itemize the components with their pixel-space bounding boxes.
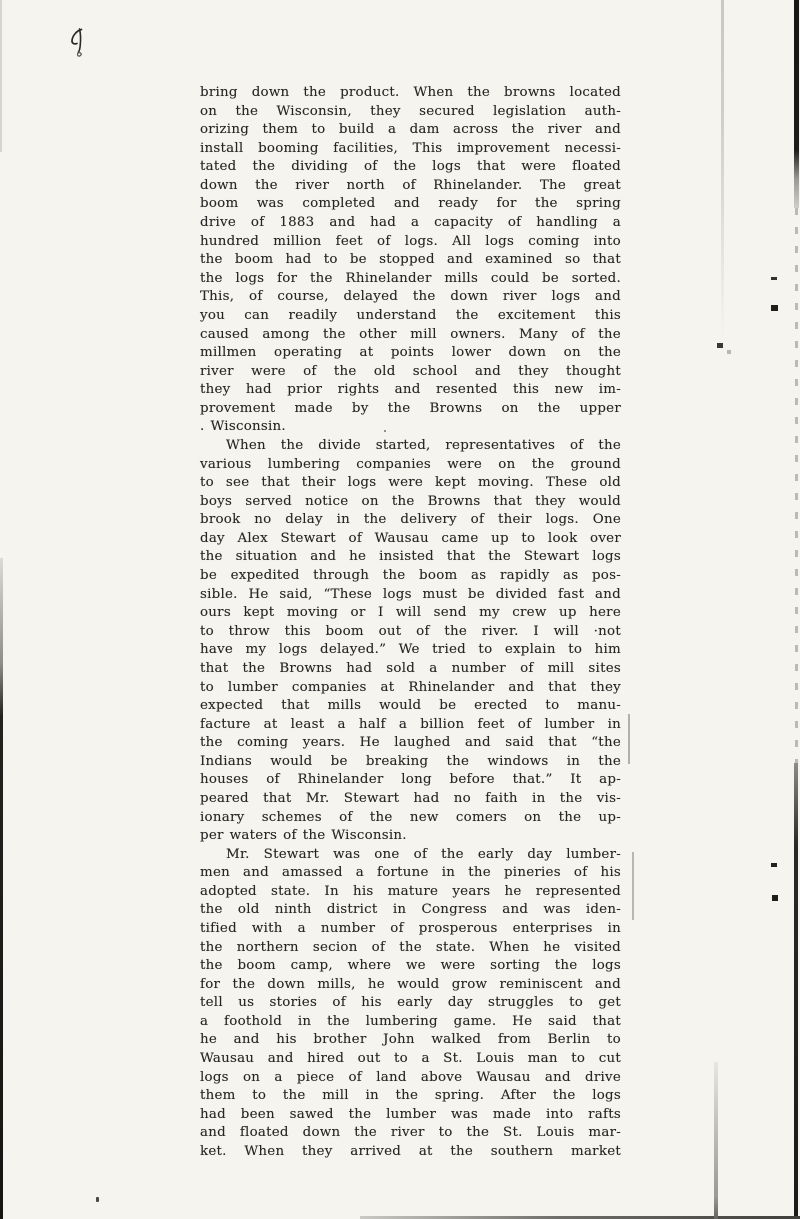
text-line: day Alex Stewart of Wausau came up to lo… (200, 530, 621, 549)
text-line: ket. When they arrived at the southern m… (200, 1143, 621, 1162)
text-line: the boom had to be stopped and examined … (200, 251, 621, 270)
text-line: millmen operating at points lower down o… (200, 344, 621, 363)
text-line: Mr. Stewart was one of the early day lum… (200, 846, 621, 865)
text-line: you can readily understand the excitemen… (200, 307, 621, 326)
text-line: boom was completed and ready for the spr… (200, 195, 621, 214)
text-line: a foothold in the lumbering game. He sai… (200, 1013, 621, 1032)
text-line: provement made by the Browns on the uppe… (200, 400, 621, 419)
text-line: the situation and he insisted that the S… (200, 548, 621, 567)
text-line: have my logs delayed.” We tried to expla… (200, 641, 621, 660)
text-line: drive of 1883 and had a capacity of hand… (200, 214, 621, 233)
text-line: the logs for the Rhinelander mills could… (200, 270, 621, 289)
page-text: bring down the product. When the browns … (200, 84, 621, 1162)
text-line: they had prior rights and resented this … (200, 381, 621, 400)
text-line: tell us stories of his early day struggl… (200, 994, 621, 1013)
paper-fold-line-top (721, 0, 724, 340)
text-line: brook no delay in the delivery of their … (200, 511, 621, 530)
text-line: install booming facilities, This improve… (200, 140, 621, 159)
text-line: ionary schemes of the new comers on the … (200, 809, 621, 828)
scan-edge-right-dashes (795, 208, 798, 763)
scan-speck (96, 1197, 99, 1202)
text-line: to lumber companies at Rhinelander and t… (200, 679, 621, 698)
text-line: the old ninth district in Congress and w… (200, 901, 621, 920)
text-line: logs on a piece of land above Wausau and… (200, 1069, 621, 1088)
paper-fold-line-bottom (714, 1062, 718, 1219)
scan-speck (727, 350, 731, 354)
text-line: orizing them to build a dam across the r… (200, 121, 621, 140)
scan-edge-right-bottom (794, 763, 798, 1219)
text-line: tated the dividing of the logs that were… (200, 158, 621, 177)
text-line: and floated down the river to the St. Lo… (200, 1124, 621, 1143)
text-line: he and his brother John walked from Berl… (200, 1031, 621, 1050)
pen-stroke-margin (628, 714, 630, 764)
text-line: per waters of the Wisconsin. (200, 827, 621, 846)
handwritten-page-number-mark (64, 25, 92, 61)
text-line: them to the mill in the spring. After th… (200, 1087, 621, 1106)
text-line: men and amassed a fortune in the pinerie… (200, 864, 621, 883)
text-line: facture at least a half a billion feet o… (200, 716, 621, 735)
scan-speck (771, 277, 777, 280)
text-line: adopted state. In his mature years he re… (200, 883, 621, 902)
text-line: the boom camp, where we were sorting the… (200, 957, 621, 976)
scan-speck (717, 343, 723, 348)
text-line: boys served notice on the Browns that th… (200, 493, 621, 512)
text-line: on the Wisconsin, they secured legislati… (200, 103, 621, 122)
text-line: Wausau and hired out to a St. Louis man … (200, 1050, 621, 1069)
text-line: bring down the product. When the browns … (200, 84, 621, 103)
text-line: be expedited through the boom as rapidly… (200, 567, 621, 586)
text-line: houses of Rhinelander long before that.”… (200, 771, 621, 790)
text-line: hundred million feet of logs. All logs c… (200, 233, 621, 252)
text-line: tified with a number of prosperous enter… (200, 920, 621, 939)
pen-stroke-margin (632, 852, 634, 920)
text-line: the coming years. He laughed and said th… (200, 734, 621, 753)
text-line: ours kept moving or I will send my crew … (200, 604, 621, 623)
text-line: This, of course, delayed the down river … (200, 288, 621, 307)
scan-edge-left-top (0, 0, 2, 152)
text-line: caused among the other mill owners. Many… (200, 326, 621, 345)
text-line: various lumbering companies were on the … (200, 456, 621, 475)
scan-speck (771, 863, 777, 867)
text-line: sible. He said, “These logs must be divi… (200, 586, 621, 605)
text-line: to throw this boom out of the river. I w… (200, 623, 621, 642)
text-line: river were of the old school and they th… (200, 363, 621, 382)
text-line: that the Browns had sold a number of mil… (200, 660, 621, 679)
text-line: . Wisconsin. (200, 418, 621, 437)
text-line: When the divide started, representatives… (200, 437, 621, 456)
scan-edge-left-bottom (0, 558, 3, 1219)
scan-speck (771, 305, 778, 311)
scan-edge-right-top (794, 0, 799, 208)
text-line: peared that Mr. Stewart had no faith in … (200, 790, 621, 809)
text-line: Indians would be breaking the windows in… (200, 753, 621, 772)
text-line: for the down mills, he would grow remini… (200, 976, 621, 995)
text-line: the northern secion of the state. When h… (200, 939, 621, 958)
text-line: down the river north of Rhinelander. The… (200, 177, 621, 196)
text-line: expected that mills would be erected to … (200, 697, 621, 716)
text-line: to see that their logs were kept moving.… (200, 474, 621, 493)
text-line: had been sawed the lumber was made into … (200, 1106, 621, 1125)
scan-speck (772, 895, 778, 901)
